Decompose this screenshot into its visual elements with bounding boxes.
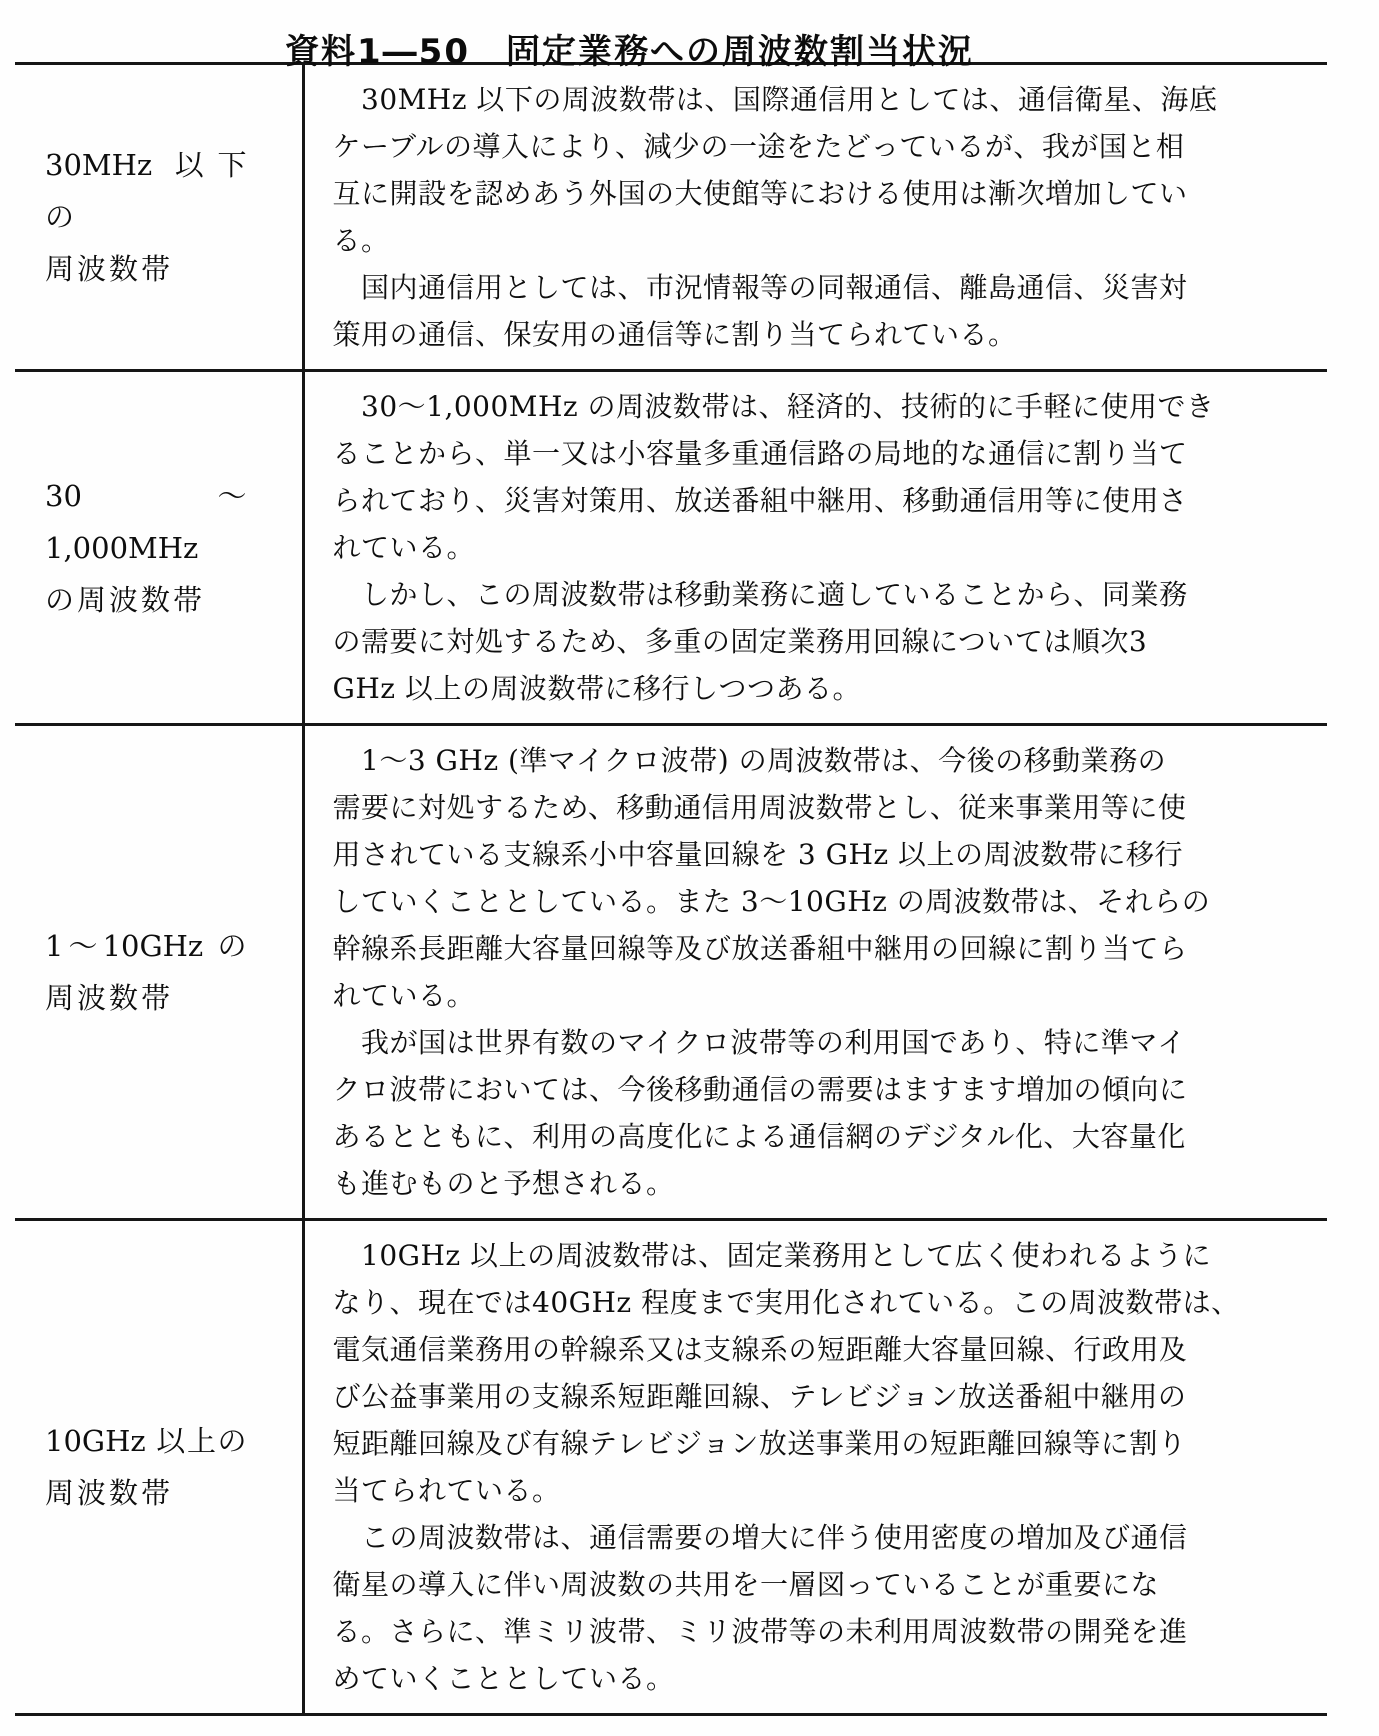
band-description-cell: 1～3 GHz (準マイクロ波帯) の周波数帯は、今後の移動業務の需要に対処する… [303, 725, 1327, 1220]
text-line: 衛星の導入に伴い周波数の共用を一層図っていることが重要にな [333, 1561, 1298, 1608]
page-title: 資料1―50 固定業務への周波数割当状況 [0, 0, 1379, 62]
text-line: の需要に対処するため、多重の固定業務用回線については順次3 [333, 618, 1298, 665]
text-line: られており、災害対策用、放送番組中継用、移動通信用等に使用さ [333, 477, 1298, 524]
band-label-cell: 10GHz 以上の 周波数帯 [15, 1220, 303, 1715]
text-line: 30～1,000MHz の周波数帯は、経済的、技術的に手軽に使用でき [333, 383, 1298, 430]
text-line: 策用の通信、保安用の通信等に割り当てられている。 [333, 311, 1298, 358]
text-line: あるとともに、利用の高度化による通信網のデジタル化、大容量化 [333, 1113, 1298, 1160]
band-description-cell: 30MHz 以下の周波数帯は、国際通信用としては、通信衛星、海底ケーブルの導入に… [303, 64, 1327, 371]
band-name-line1: 1～10GHz の [45, 920, 247, 972]
text-line: る。さらに、準ミリ波帯、ミリ波帯等の未利用周波数帯の開発を進 [333, 1608, 1298, 1655]
table-row-10ghz-above: 10GHz 以上の 周波数帯 10GHz 以上の周波数帯は、固定業務用として広く… [15, 1220, 1327, 1715]
text-line: この周波数帯は、通信需要の増大に伴う使用密度の増加及び通信 [333, 1514, 1298, 1561]
band-label-cell: 30MHz 以下の 周波数帯 [15, 64, 303, 371]
text-line: び公益事業用の支線系短距離回線、テレビジョン放送番組中継用の [333, 1373, 1298, 1420]
band-name-line1: 30～1,000MHz [45, 470, 247, 574]
band-description-cell: 10GHz 以上の周波数帯は、固定業務用として広く使われるようになり、現在では4… [303, 1220, 1327, 1715]
band-label-cell: 30～1,000MHz の周波数帯 [15, 371, 303, 725]
text-line: 幹線系長距離大容量回線等及び放送番組中継用の回線に割り当てら [333, 925, 1298, 972]
text-line: 10GHz 以上の周波数帯は、固定業務用として広く使われるように [333, 1232, 1298, 1279]
text-line: 国内通信用としては、市況情報等の同報通信、離島通信、災害対 [333, 264, 1298, 311]
band-label-cell: 1～10GHz の 周波数帯 [15, 725, 303, 1220]
table-row-1-10ghz: 1～10GHz の 周波数帯 1～3 GHz (準マイクロ波帯) の周波数帯は、… [15, 725, 1327, 1220]
table-row-30-1000mhz: 30～1,000MHz の周波数帯 30～1,000MHz の周波数帯は、経済的… [15, 371, 1327, 725]
text-line: ることから、単一又は小容量多重通信路の局地的な通信に割り当て [333, 430, 1298, 477]
text-line: しかし、この周波数帯は移動業務に適していることから、同業務 [333, 571, 1298, 618]
document-page: 資料1―50 固定業務への周波数割当状況 30MHz 以下の 周波数帯 30MH… [0, 0, 1379, 1736]
band-name-line1: 10GHz 以上の [45, 1415, 247, 1467]
text-line: 電気通信業務用の幹線系又は支線系の短距離大容量回線、行政用及 [333, 1326, 1298, 1373]
band-name-line2: 周波数帯 [45, 1467, 247, 1519]
text-line: 短距離回線及び有線テレビジョン放送事業用の短距離回線等に割り [333, 1420, 1298, 1467]
band-name-line2: 周波数帯 [45, 243, 247, 295]
text-line: 1～3 GHz (準マイクロ波帯) の周波数帯は、今後の移動業務の [333, 737, 1298, 784]
band-name-line2: の周波数帯 [45, 574, 247, 626]
text-line: れている。 [333, 524, 1298, 571]
text-line: GHz 以上の周波数帯に移行しつつある。 [333, 665, 1298, 712]
text-line: る。 [333, 217, 1298, 264]
text-line: 用されている支線系小中容量回線を 3 GHz 以上の周波数帯に移行 [333, 831, 1298, 878]
band-name-line2: 周波数帯 [45, 972, 247, 1024]
text-line: 需要に対処するため、移動通信用周波数帯とし、従来事業用等に使 [333, 784, 1298, 831]
text-line: ケーブルの導入により、減少の一途をたどっているが、我が国と相 [333, 123, 1298, 170]
frequency-allocation-table: 30MHz 以下の 周波数帯 30MHz 以下の周波数帯は、国際通信用としては、… [15, 62, 1327, 1716]
text-line: していくこととしている。また 3～10GHz の周波数帯は、それらの [333, 878, 1298, 925]
band-description-cell: 30～1,000MHz の周波数帯は、経済的、技術的に手軽に使用できることから、… [303, 371, 1327, 725]
text-line: れている。 [333, 972, 1298, 1019]
text-line: 互に開設を認めあう外国の大使館等における使用は漸次増加してい [333, 170, 1298, 217]
band-name-line1: 30MHz 以下の [45, 139, 247, 243]
table-row-30mhz-below: 30MHz 以下の 周波数帯 30MHz 以下の周波数帯は、国際通信用としては、… [15, 64, 1327, 371]
text-line: 我が国は世界有数のマイクロ波帯等の利用国であり、特に準マイ [333, 1019, 1298, 1066]
text-line: も進むものと予想される。 [333, 1160, 1298, 1207]
text-line: めていくこととしている。 [333, 1655, 1298, 1702]
text-line: 30MHz 以下の周波数帯は、国際通信用としては、通信衛星、海底 [333, 76, 1298, 123]
text-line: 当てられている。 [333, 1467, 1298, 1514]
text-line: なり、現在では40GHz 程度まで実用化されている。この周波数帯は、 [333, 1279, 1298, 1326]
text-line: クロ波帯においては、今後移動通信の需要はますます増加の傾向に [333, 1066, 1298, 1113]
